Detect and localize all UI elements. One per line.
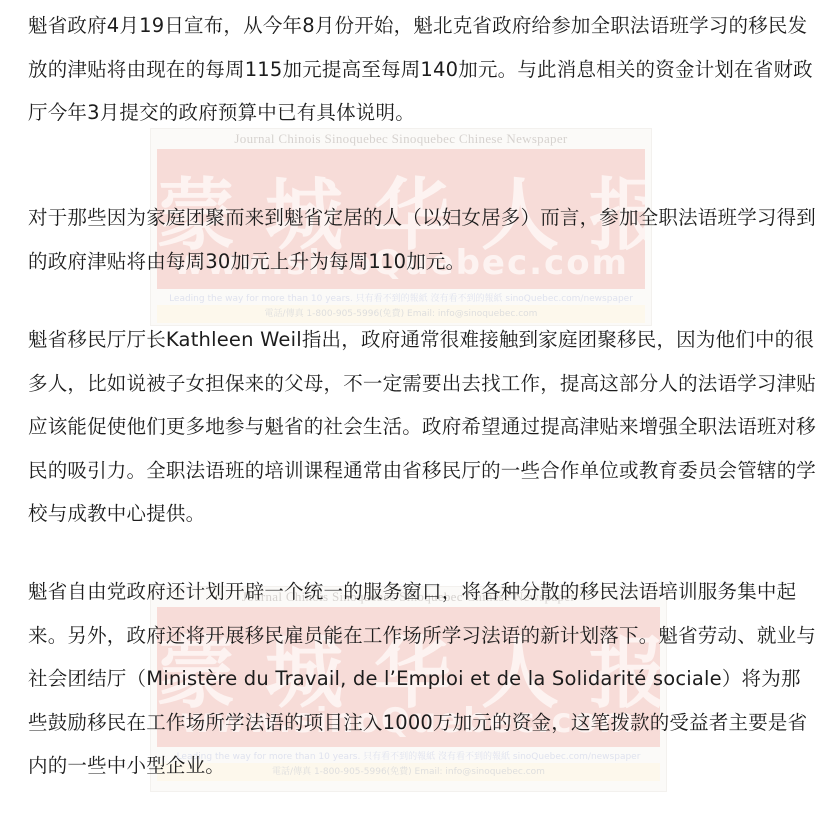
article-paragraph: 魁省政府4月19日宣布，从今年8月份开始，魁北克省政府给参加全职法语班学习的移民…: [28, 4, 818, 135]
article-paragraph: 对于那些因为家庭团聚而来到魁省定居的人（以妇女居多）而言，参加全职法语班学习得到…: [28, 196, 818, 283]
article-paragraph: 魁省自由党政府还计划开辟一个统一的服务窗口，将各种分散的移民法语培训服务集中起来…: [28, 570, 818, 788]
article-paragraph: 魁省移民厅厅长Kathleen Weil指出，政府通常很难接触到家庭团聚移民，因…: [28, 318, 818, 536]
watermark-slogan: Leading the way for more than 10 years. …: [157, 291, 645, 304]
